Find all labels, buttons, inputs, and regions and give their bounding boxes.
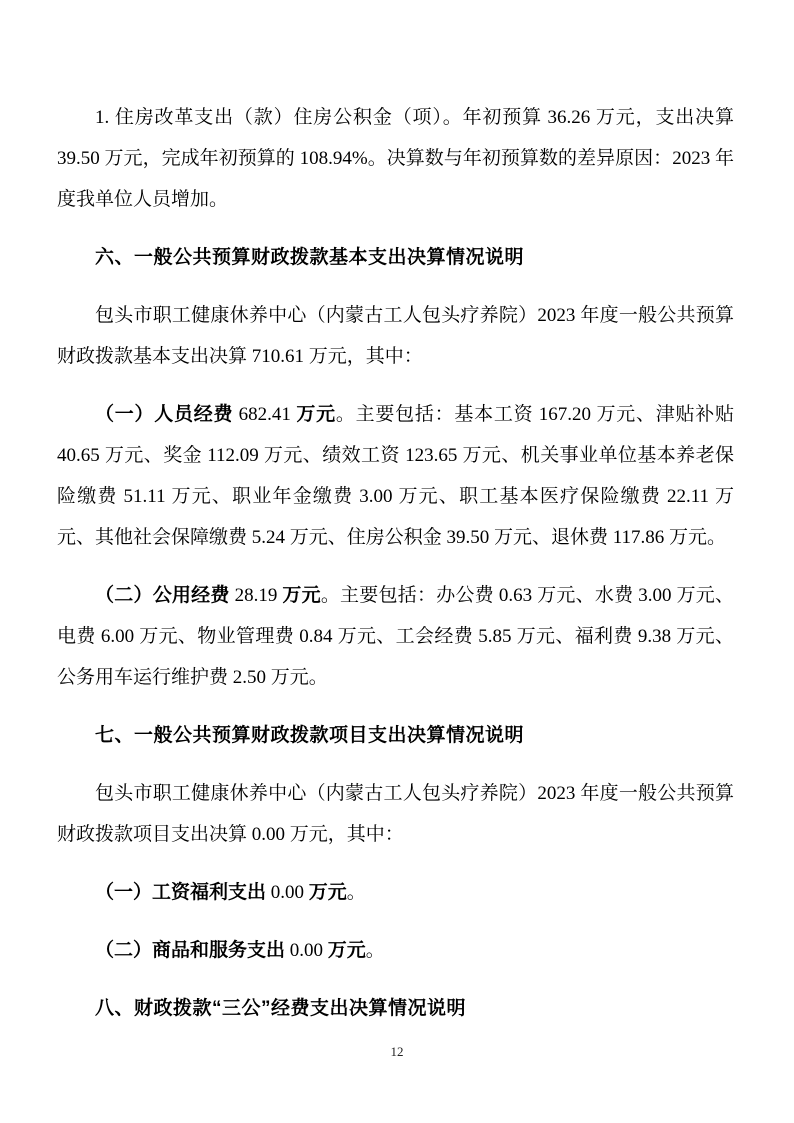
section-heading: 八、财政拨款“三公”经费支出决算情况说明 (57, 988, 734, 1029)
bold-text-run: 七、一般公共预算财政拨款项目支出决算情况说明 (95, 725, 524, 746)
text-run: 1. 住房改革支出（款）住房公积金（项）。年初预算 36.26 万元，支出决算 … (57, 107, 734, 210)
bold-text-run: 六、一般公共预算财政拨款基本支出决算情况说明 (95, 247, 524, 268)
bold-text-run: 八、财政拨款“三公”经费支出决算情况说明 (95, 998, 466, 1019)
bold-text-run: 万元 (296, 404, 335, 425)
bold-text-run: 万元 (328, 940, 366, 961)
text-run: 包头市职工健康休养中心（内蒙古工人包头疗养院）2023 年度一般公共预算财政拨款… (57, 783, 734, 845)
body-paragraph: （一）工资福利支出 0.00 万元。 (57, 872, 734, 913)
bold-text-run: （二）公用经费 (95, 585, 230, 606)
bold-text-run: （一）人员经费 (95, 404, 233, 425)
text-run: 。 (366, 940, 385, 961)
text-run: 28.19 (230, 585, 283, 606)
body-paragraph: 包头市职工健康休养中心（内蒙古工人包头疗养院）2023 年度一般公共预算财政拨款… (57, 295, 734, 377)
body-paragraph: （二）商品和服务支出 0.00 万元。 (57, 930, 734, 971)
text-run: 682.41 (233, 404, 296, 425)
text-run: 。 (347, 882, 366, 903)
bold-text-run: （一）工资福利支出 (95, 882, 266, 903)
text-run: 0.00 (266, 882, 309, 903)
section-heading: 七、一般公共预算财政拨款项目支出决算情况说明 (57, 715, 734, 756)
page-number: 12 (0, 1042, 794, 1062)
section-heading: 六、一般公共预算财政拨款基本支出决算情况说明 (57, 237, 734, 278)
body-paragraph: （二）公用经费 28.19 万元。主要包括：办公费 0.63 万元、水费 3.0… (57, 575, 734, 698)
document-page: 1. 住房改革支出（款）住房公积金（项）。年初预算 36.26 万元，支出决算 … (0, 0, 794, 1123)
bold-text-run: 万元 (309, 882, 347, 903)
text-run: 包头市职工健康休养中心（内蒙古工人包头疗养院）2023 年度一般公共预算财政拨款… (57, 305, 734, 367)
bold-text-run: 万元 (282, 585, 320, 606)
bold-text-run: （二）商品和服务支出 (95, 940, 285, 961)
document-body: 1. 住房改革支出（款）住房公积金（项）。年初预算 36.26 万元，支出决算 … (0, 0, 794, 1046)
text-run: 0.00 (285, 940, 328, 961)
body-paragraph: 包头市职工健康休养中心（内蒙古工人包头疗养院）2023 年度一般公共预算财政拨款… (57, 773, 734, 855)
body-paragraph: （一）人员经费 682.41 万元。主要包括：基本工资 167.20 万元、津贴… (57, 394, 734, 558)
body-paragraph: 1. 住房改革支出（款）住房公积金（项）。年初预算 36.26 万元，支出决算 … (57, 97, 734, 220)
text-run: 。主要包括：基本工资 167.20 万元、津贴补贴 40.65 万元、奖金 11… (57, 404, 734, 548)
